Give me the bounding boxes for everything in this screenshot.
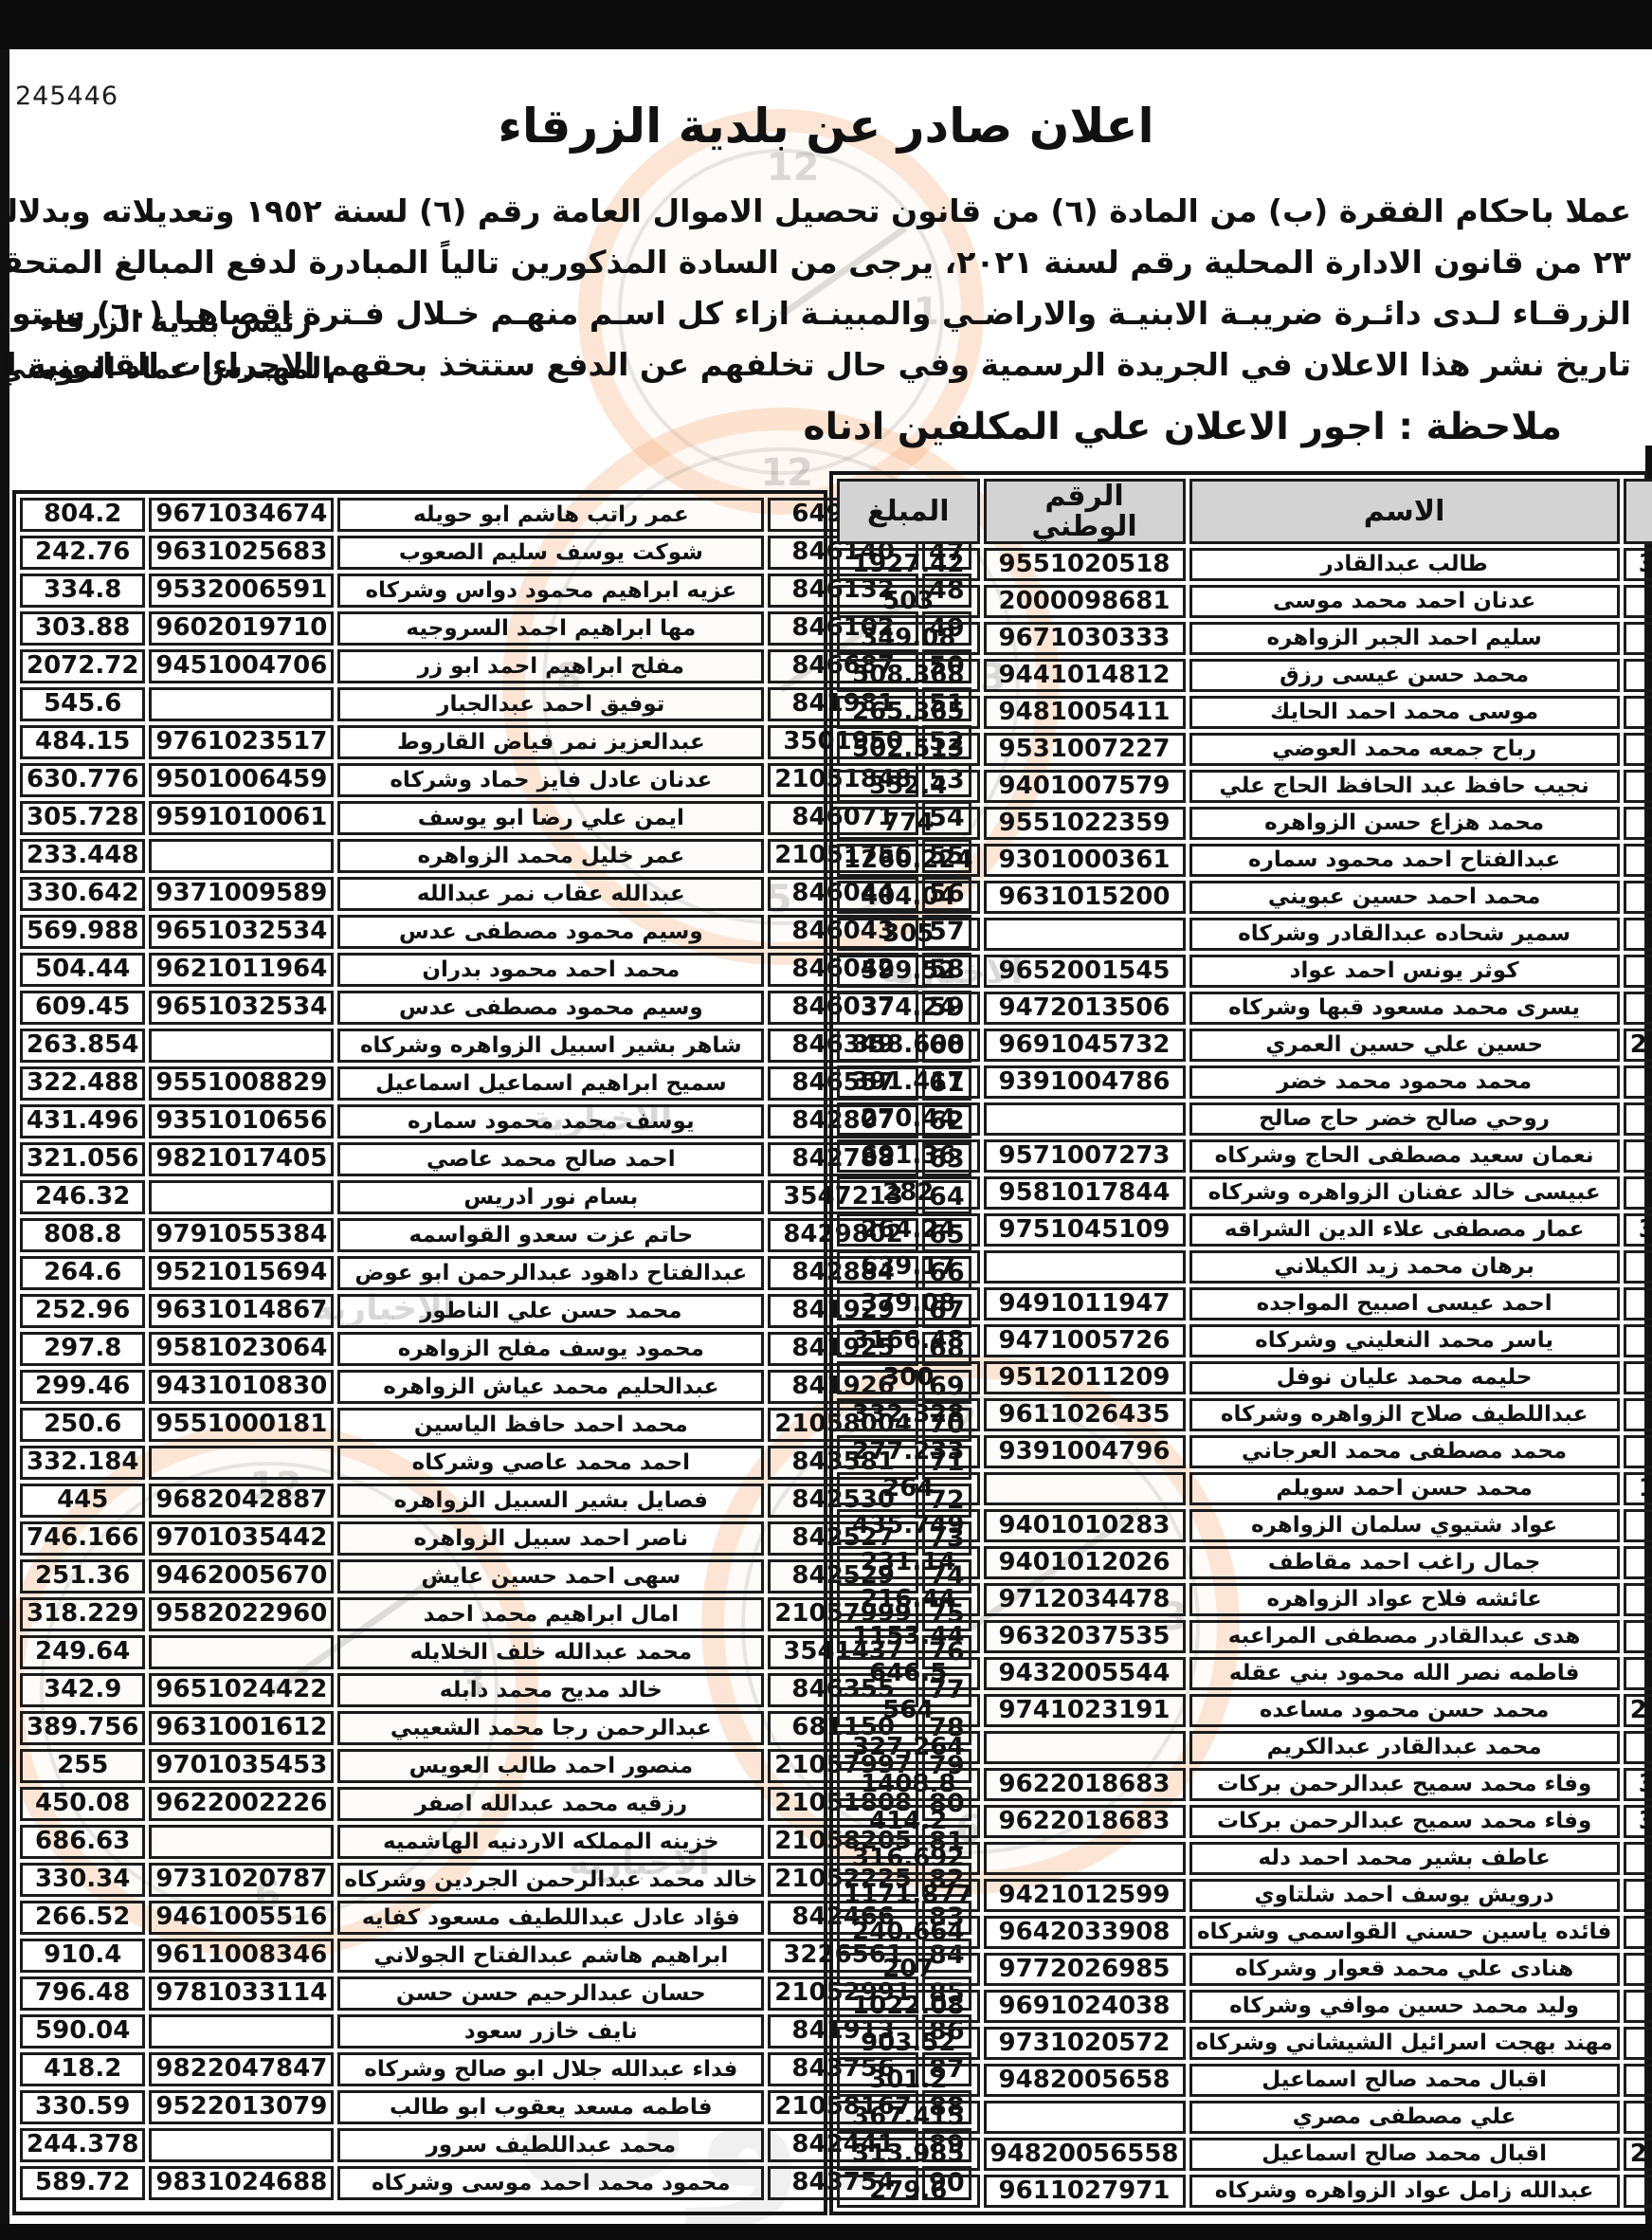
taxpayer-name-cell: اقبال محمد صالح اسماعيل (1189, 2064, 1620, 2097)
national-id-cell: 9682042887 (149, 1484, 334, 1518)
fees-note: ملاحظة : اجور الاعلان علي المكلفين ادناه (804, 406, 1562, 448)
property-number-cell: 842457 (1624, 659, 1652, 692)
amount-cell: 686.63 (20, 1825, 145, 1859)
amount-cell: 1171.877 (837, 1879, 980, 1912)
taxpayer-name-cell: ياسر محمد النعليني وشركاه (1189, 1324, 1620, 1357)
amount-cell: 508.368 (837, 659, 980, 692)
amount-cell: 445 (20, 1484, 145, 1518)
amount-cell: 639.17 (837, 1250, 980, 1284)
taxpayer-name-cell: هنادى علي محمد قعوار وشركاه (1189, 1953, 1620, 1986)
national-id-cell: 9481005411 (984, 696, 1186, 729)
table-row: 16 842745 روحي صالح خضر حاج صالح 270.44 (837, 1102, 1652, 1136)
amount-cell: 414.2 (837, 1805, 980, 1838)
amount-cell: 297.8 (20, 1332, 145, 1366)
signature-name: المهندس عماد المومني (19, 346, 332, 392)
national-id-cell: 9701035442 (149, 1521, 334, 1556)
taxpayer-name-cell: احمد محمد عاصي وشركاه (337, 1446, 764, 1480)
taxpayer-name-cell: عبدالله زامل عواد الزواهره وشركاه (1189, 2175, 1620, 2208)
table-row: 13 842490 يسرى محمد مسعود قبها وشركاه 94… (837, 992, 1652, 1025)
national-id-cell: 9301000361 (984, 844, 1186, 877)
announcement-title: اعلان صادر عن بلدية الزرقاء (0, 99, 1652, 154)
amount-cell: 270.44 (837, 1102, 980, 1136)
amount-cell: 279.6 (837, 2175, 980, 2208)
taxpayer-name-cell: محمد حسن محمود مساعده (1189, 1694, 1620, 1727)
taxpayer-name-cell: رزقيه محمد عبدالله اصفر (337, 1787, 764, 1821)
taxpayer-name-cell: مها ابراهيم احمد السروجيه (337, 611, 764, 646)
property-number-cell: 845822 (1624, 1842, 1652, 1875)
national-id-cell: 9651024422 (149, 1673, 334, 1707)
national-id-cell: 9622018683 (984, 1805, 1186, 1838)
table-row: 43 837549 علي مصطفى مصري 367.415 (837, 2101, 1652, 2134)
national-id-cell: 9461005516 (149, 1901, 334, 1935)
national-id-cell: 9581017844 (984, 1176, 1186, 1210)
national-id-cell: 9591010061 (149, 801, 334, 835)
table-row: 27 841757 عواد شتيوي سلمان الزواهره 9401… (837, 1509, 1652, 1542)
taxpayer-name-cell: عدنان عادل فايز حماد وشركاه (337, 763, 764, 797)
amount-cell: 418.2 (20, 2052, 145, 2086)
property-number-cell: 843535 (1624, 1287, 1652, 1320)
property-number-cell: 1035263 (1624, 1472, 1652, 1505)
amount-cell: 300 (837, 1361, 980, 1394)
amount-cell: 249.64 (20, 1635, 145, 1669)
property-number-cell: 843423 (1624, 844, 1652, 877)
amount-cell: 216.44 (837, 1583, 980, 1616)
taxpayer-name-cell: عواد شتيوي سلمان الزواهره (1189, 1509, 1620, 1542)
taxpayer-name-cell: ايمن علي رضا ابو يوسف (337, 801, 764, 835)
national-id-cell: 9551000181 (149, 1408, 334, 1442)
amount-cell: 252.96 (20, 1294, 145, 1328)
amount-cell: 450.08 (20, 1787, 145, 1821)
amount-cell: 251.36 (20, 1559, 145, 1593)
taxpayer-name-cell: سليم احمد الجبر الزواهره (1189, 622, 1620, 655)
taxpayer-name-cell: بسام نور ادريس (337, 1180, 764, 1214)
table-row: 26 1035263 محمد حسن احمد سويلم 264 (837, 1472, 1652, 1505)
national-id-cell: 9471005726 (984, 1324, 1186, 1357)
taxpayer-name-cell: نايف خازر سعود (337, 2014, 764, 2049)
taxpayer-name-cell: ناصر احمد سبيل الزواهره (337, 1521, 764, 1556)
table-row: 21 843535 احمد عيسى اصبيح المواجده 94910… (837, 1287, 1652, 1320)
table-row: 28 845603 جمال راغب احمد مقاطف 940101202… (837, 1546, 1652, 1579)
taxpayer-name-cell: وسيم محمود مصطفى عدس (337, 915, 764, 949)
table-row: 38 840300 فائده ياسين حسني القواسمي وشرك… (837, 1916, 1652, 1949)
property-number-cell: 841744 (1624, 1435, 1652, 1468)
taxpayer-name-cell: عبدالفتاح داهود عبدالرحمن ابو عوض (337, 1256, 764, 1290)
amount-cell: 264.6 (20, 1256, 145, 1290)
taxpayer-name-cell: علي مصطفى مصري (1189, 2101, 1620, 2134)
amount-cell: 282 (837, 1176, 980, 1210)
property-number-cell: 969457 (1624, 2175, 1652, 2208)
taxpayer-name-cell: خالد مديح محمد دابله (337, 1673, 764, 1707)
amount-cell: 367.415 (837, 2101, 980, 2134)
amount-cell: 389.756 (20, 1711, 145, 1745)
property-number-cell: 3044910 (1624, 1805, 1652, 1838)
amount-cell: 1153.44 (837, 1620, 980, 1653)
amount-cell: 3166.48 (837, 1324, 980, 1357)
taxpayer-name-cell: شوكت يوسف سليم الصعوب (337, 536, 764, 570)
taxpayer-name-cell: فصايل بشير السبيل الزواهره (337, 1484, 764, 1518)
amount-cell: 250.6 (20, 1408, 145, 1442)
property-number-cell: 842337 (1624, 733, 1652, 766)
amount-cell: 910.4 (20, 1939, 145, 1973)
taxpayer-name-cell: امال ابراهيم محمد احمد (337, 1597, 764, 1631)
national-id-cell: 9602019710 (149, 611, 334, 646)
table-row: 37 838528 درويش يوسف احمد شلتاوي 9421012… (837, 1879, 1652, 1912)
taxpayer-name-cell: محمد عبدالقادر عبدالكريم (1189, 1731, 1620, 1764)
national-id-cell: 9351010656 (149, 1104, 334, 1138)
amount-cell: 231.14 (837, 1546, 980, 1579)
national-id-cell: 9622018683 (984, 1768, 1186, 1801)
taxpayer-name-cell: عمار مصطفى علاء الدين الشراقه (1189, 1213, 1620, 1247)
taxpayer-name-cell: محمود محمد احمد موسى وشركاه (337, 2166, 764, 2200)
national-id-cell: 9611027971 (984, 2175, 1186, 2208)
national-id-cell (149, 2014, 334, 2049)
taxpayer-name-cell: ابراهيم هاشم عبدالفتاح الجولاني (337, 1939, 764, 1973)
property-number-column-header: رقم العقار (1624, 479, 1652, 544)
amount-cell: 431.496 (20, 1104, 145, 1138)
table-row: 34 3044941 وفاء محمد سميح عبدالرحمن بركا… (837, 1768, 1652, 1801)
taxpayer-name-cell: محمد عبداللطيف سرور (337, 2128, 764, 2162)
amount-cell: 327.264 (837, 1731, 980, 1764)
amount-cell: 342.9 (20, 1673, 145, 1707)
taxpayer-name-cell: توفيق احمد عبدالجبار (337, 687, 764, 721)
amount-cell: 303.88 (20, 611, 145, 646)
signature-block: رئيس بلدية الزرقاء المهندس عماد المومني (19, 300, 332, 392)
taxpayer-name-cell: وفاء محمد سميح عبدالرحمن بركات (1189, 1805, 1620, 1838)
taxpayer-name-cell: وفاء محمد سميح عبدالرحمن بركات (1189, 1768, 1620, 1801)
amount-cell: 404.04 (837, 881, 980, 914)
amount-cell: 277.233 (837, 1435, 980, 1468)
amount-cell: 804.2 (20, 498, 145, 532)
national-id-cell: 9451004706 (149, 649, 334, 683)
property-number-cell: 842715 (1624, 1990, 1652, 2023)
taxpayer-name-cell: برهان محمد زيد الكيلاني (1189, 1250, 1620, 1284)
amount-cell: 564 (837, 1694, 980, 1727)
taxpayer-name-cell: عبيسى خالد عفنان الزواهره وشركاه (1189, 1176, 1620, 1210)
table-row: 31 843746 فاطمه نصر الله محمود بني عقله … (837, 1657, 1652, 1690)
taxpayer-name-cell: عبدالله عقاب نمر عبدالله (337, 877, 764, 911)
taxpayer-name-cell: فداء عبدالله جلال ابو صالح وشركاه (337, 2052, 764, 2086)
taxpayer-name-cell: عبدالفتاح احمد محمود سماره (1189, 844, 1620, 877)
taxpayer-name-cell: محمد حسن احمد سويلم (1189, 1472, 1620, 1505)
property-number-cell: 845351 (1624, 1731, 1652, 1764)
national-id-cell: 9691024038 (984, 1990, 1186, 2023)
taxpayer-name-cell: عاطف بشير محمد احمد دله (1189, 1842, 1620, 1875)
national-id-cell: 9652001545 (984, 955, 1186, 988)
table-row: 3 845161 سليم احمد الجبر الزواهره 967103… (837, 622, 1652, 655)
table-row: 14 21057961 حسين علي حسين العمري 9691045… (837, 1029, 1652, 1062)
taxpayer-name-cell: منصور احمد طالب العويس (337, 1749, 764, 1783)
taxpayer-name-cell: عبدالحليم محمد عياش الزواهره (337, 1370, 764, 1404)
national-id-cell (149, 1180, 334, 1214)
national-id-cell: 9821017405 (149, 1142, 334, 1176)
taxpayer-name-cell: حليمه محمد عليان نوفل (1189, 1361, 1620, 1394)
taxpayer-name-cell: حسان عبدالرحيم حسن حسن (337, 1976, 764, 2011)
national-id-cell: 9521015694 (149, 1256, 334, 1290)
amount-cell: 569.988 (20, 915, 145, 949)
amount-cell: 1927.42 (837, 548, 980, 581)
national-id-cell (984, 1472, 1186, 1505)
table-row: 41 842719 مهند بهجت اسرائيل الشيشاني وشر… (837, 2027, 1652, 2060)
national-id-column-header: الرقم الوطني (984, 479, 1186, 544)
amount-cell: 318.229 (20, 1597, 145, 1631)
property-number-cell: 838528 (1624, 1879, 1652, 1912)
taxpayer-name-cell: محمد احمد حسين عبويني (1189, 881, 1620, 914)
amount-cell: 691.36 (837, 1139, 980, 1173)
property-number-cell: 21058163 (1624, 2138, 1652, 2171)
amount-cell: 349.08 (837, 622, 980, 655)
national-id-cell: 9482005658 (984, 2064, 1186, 2097)
taxpayer-name-cell: درويش يوسف احمد شلتاوي (1189, 1879, 1620, 1912)
property-number-cell: 3705015 (1624, 1213, 1652, 1247)
taxpayer-name-cell: نعمان سعيد مصطفى الحاج وشركاه (1189, 1139, 1620, 1173)
table-row: 22 649636 ياسر محمد النعليني وشركاه 9471… (837, 1324, 1652, 1357)
property-number-cell: 842564 (1624, 585, 1652, 618)
amount-cell: 903.52 (837, 2027, 980, 2060)
national-id-cell (984, 2101, 1186, 2134)
amount-cell: 746.166 (20, 1521, 145, 1556)
taxpayer-name-cell: كوثر يونس احمد عواد (1189, 955, 1620, 988)
table-row: 2 842564 عدنان احمد محمد موسى 2000098681… (837, 585, 1652, 618)
property-number-cell: 843444 (1624, 770, 1652, 803)
amount-cell: 263.854 (20, 1029, 145, 1063)
national-id-cell (984, 1842, 1186, 1875)
national-id-cell: 9432005544 (984, 1657, 1186, 1690)
national-id-cell (149, 1825, 334, 1859)
amount-cell: 207 (837, 1953, 980, 1986)
taxpayer-name-cell: فائده ياسين حسني القواسمي وشركاه (1189, 1916, 1620, 1949)
amount-cell: 316.692 (837, 1842, 980, 1875)
taxpayer-name-cell: حاتم عزت سعدو القواسمه (337, 1218, 764, 1252)
property-number-cell: 842507 (1624, 1065, 1652, 1099)
national-id-cell: 9701035453 (149, 1749, 334, 1783)
property-number-cell: 845161 (1624, 622, 1652, 655)
amount-cell: 301.2 (837, 2064, 980, 2097)
amount-cell: 391.417 (837, 1065, 980, 1099)
amount-cell: 545.6 (20, 687, 145, 721)
table-row: 20 837414 برهان محمد زيد الكيلاني 639.17 (837, 1250, 1652, 1284)
amount-cell: 255 (20, 1749, 145, 1783)
property-number-cell: 3044941 (1624, 1768, 1652, 1801)
amount-cell: 1260.224 (837, 844, 980, 877)
amount-cell: 1408.8 (837, 1768, 980, 1801)
property-number-cell: 843506 (1624, 1176, 1652, 1210)
taxpayer-name-cell: اقبال محمد صالح اسماعيل (1189, 2138, 1620, 2171)
national-id-cell (149, 1635, 334, 1669)
taxpayer-name-cell: رباح جمعه محمد العوضي (1189, 733, 1620, 766)
national-id-cell: 9781033114 (149, 1976, 334, 2011)
national-id-cell: 9751045109 (984, 1213, 1186, 1247)
property-number-cell: 649635 (1624, 1361, 1652, 1394)
national-id-cell (984, 1731, 1186, 1764)
taxpayer-name-cell: طالب عبدالقادر (1189, 548, 1620, 581)
taxpayer-name-cell: محمد حسن عيسى رزق (1189, 659, 1620, 692)
table-header-row: رقم العقار الاسم الرقم الوطني المبلغ (837, 479, 1652, 544)
national-id-cell: 9582022960 (149, 1597, 334, 1631)
national-id-cell: 9401012026 (984, 1546, 1186, 1579)
property-number-cell: 842745 (1624, 1102, 1652, 1136)
amount-cell: 599.52 (837, 955, 980, 988)
amount-cell: 313.985 (837, 2138, 980, 2171)
amount-cell: 330.59 (20, 2090, 145, 2124)
taxpayer-name-cell: عمر راتب هاشم ابو حويله (337, 498, 764, 532)
amount-cell: 504.44 (20, 953, 145, 987)
national-id-cell: 9631015200 (984, 881, 1186, 914)
scan-top-bar (0, 0, 1652, 49)
property-number-cell: 839822 (1624, 696, 1652, 729)
taxpayer-name-cell: عبداللطيف صلاح الزواهره وشركاه (1189, 1398, 1620, 1431)
national-id-cell: 9371009589 (149, 877, 334, 911)
taxpayer-name-cell: محمد محمود محمد خضر (1189, 1065, 1620, 1099)
national-id-cell (984, 1102, 1186, 1136)
amount-cell: 330.34 (20, 1863, 145, 1897)
amount-cell: 321.056 (20, 1142, 145, 1176)
taxpayer-name-cell: يسرى محمد مسعود قبها وشركاه (1189, 992, 1620, 1025)
property-number-cell: 842497 (1624, 1139, 1652, 1173)
national-id-cell: 9551008829 (149, 1066, 334, 1101)
national-id-cell (149, 2128, 334, 2162)
amount-cell: 242.76 (20, 536, 145, 570)
amount-cell: 299.46 (20, 1370, 145, 1404)
national-id-cell: 9441014812 (984, 659, 1186, 692)
national-id-cell: 9472013506 (984, 992, 1186, 1025)
taxpayer-name-cell: محمد عبدالله خلف الخلايله (337, 1635, 764, 1669)
amount-cell: 774 (837, 807, 980, 840)
table-row: 42 970356 اقبال محمد صالح اسماعيل 948200… (837, 2064, 1652, 2097)
national-id-cell: 9831024688 (149, 2166, 334, 2200)
amount-cell: 590.04 (20, 2014, 145, 2049)
body-line: عملا باحكام الفقرة (ب) من المادة (٦) من … (21, 186, 1631, 237)
property-number-cell: 837549 (1624, 2101, 1652, 2134)
national-id-cell: 9401007579 (984, 770, 1186, 803)
table-row: 29 845602 عائشه فلاح عواد الزواهره 97120… (837, 1583, 1652, 1616)
property-number-cell: 845601 (1624, 1620, 1652, 1653)
national-id-cell (984, 1250, 1186, 1284)
amount-cell: 264 (837, 1472, 980, 1505)
taxpayer-name-cell: حسين علي حسين العمري (1189, 1029, 1620, 1062)
taxpayer-name-cell: مفلح ابراهيم احمد ابو زر (337, 649, 764, 683)
taxpayer-name-cell: روحي صالح خضر حاج صالح (1189, 1102, 1620, 1136)
property-number-cell: 842322 (1624, 918, 1652, 951)
taxpayer-name-cell: سميح ابراهيم اسماعيل اسماعيل (337, 1066, 764, 1101)
left-table-wrap: 46 649692 عمر راتب هاشم ابو حويله 967103… (12, 490, 827, 2215)
right-table-wrap: رقم العقار الاسم الرقم الوطني المبلغ 1 3… (829, 471, 1648, 2215)
amount-cell: 240.664 (837, 1916, 980, 1949)
national-id-cell: 9571007273 (984, 1139, 1186, 1173)
body-line: تاريخ نشر هذا الاعلان في الجريدة الرسمية… (206, 339, 1631, 391)
national-id-cell: 9631001612 (149, 1711, 334, 1745)
table-row: 19 3705015 عمار مصطفى علاء الدين الشراقه… (837, 1213, 1652, 1247)
national-id-cell: 2000098681 (984, 585, 1186, 618)
taxpayer-name-cell: محمد هزاع حسن الزواهره (1189, 807, 1620, 840)
taxpayer-name-cell: عزيه ابراهيم محمود دواس وشركاه (337, 574, 764, 608)
national-id-cell: 9531007227 (984, 733, 1186, 766)
amount-cell: 2072.72 (20, 649, 145, 683)
taxpayer-name-cell: محمد مصطفى محمد العرجاني (1189, 1435, 1620, 1468)
national-id-cell: 9651032534 (149, 915, 334, 949)
table-row: 23 649635 حليمه محمد عليان نوفل 95120112… (837, 1361, 1652, 1394)
national-id-cell (149, 839, 334, 873)
taxpayer-name-cell: وليد محمد حسين موافي وشركاه (1189, 1990, 1620, 2023)
property-number-cell: 21054355 (1624, 1694, 1652, 1727)
national-id-cell: 9631025683 (149, 536, 334, 570)
table-row: 6 842337 رباح جمعه محمد العوضي 953100722… (837, 733, 1652, 766)
national-id-cell: 9772026985 (984, 1953, 1186, 1986)
national-id-cell: 9551020518 (984, 548, 1186, 581)
national-id-cell: 9671030333 (984, 622, 1186, 655)
amount-cell: 265.365 (837, 696, 980, 729)
property-number-cell: 841757 (1624, 1509, 1652, 1542)
amount-cell: 502.513 (837, 733, 980, 766)
property-number-cell: 842719 (1624, 2027, 1652, 2060)
table-row: 15 842507 محمد محمود محمد خضر 9391004786… (837, 1065, 1652, 1099)
amount-cell: 1022.08 (837, 1990, 980, 2023)
property-number-cell: 649636 (1624, 1324, 1652, 1357)
national-id-cell: 9741023191 (984, 1694, 1186, 1727)
taxpayer-name-cell: محمد احمد محمود بدران (337, 953, 764, 987)
taxpayer-name-cell: يوسف محمد محمود سماره (337, 1104, 764, 1138)
national-id-cell: 9642033908 (984, 1916, 1186, 1949)
national-id-cell (149, 1446, 334, 1480)
taxpayer-name-cell: مهند بهجت اسرائيل الشيشاني وشركاه (1189, 2027, 1620, 2060)
table-row: 1 3227509 طالب عبدالقادر 9551020518 1927… (837, 548, 1652, 581)
table-row: 7 843444 نجيب حافظ عبد الحافظ الحاج علي … (837, 770, 1652, 803)
taxpayer-name-cell: سمير شحاده عبدالقادر وشركاه (1189, 918, 1620, 951)
amount-cell: 305 (837, 918, 980, 951)
table-row: 8 843735 محمد هزاع حسن الزواهره 95510223… (837, 807, 1652, 840)
amount-cell: 332.184 (20, 1446, 145, 1480)
table-row: 35 3044910 وفاء محمد سميح عبدالرحمن بركا… (837, 1805, 1652, 1838)
property-number-cell: 843735 (1624, 807, 1652, 840)
table-row: 11 842322 سمير شحاده عبدالقادر وشركاه 30… (837, 918, 1652, 951)
amount-cell: 322.488 (20, 1066, 145, 1101)
amount-column-header: المبلغ (837, 479, 980, 544)
national-id-cell: 9532006591 (149, 574, 334, 608)
national-id-cell: 9512011209 (984, 1361, 1186, 1394)
taxpayer-name-cell: خزينه المملكه الاردنيه الهاشميه (337, 1825, 764, 1859)
property-number-cell: 842490 (1624, 992, 1652, 1025)
property-number-cell: 21057961 (1624, 1029, 1652, 1062)
property-number-cell: 842343 (1624, 881, 1652, 914)
table-row: 36 845822 عاطف بشير محمد احمد دله 316.69… (837, 1842, 1652, 1875)
table-row: 18 843506 عبيسى خالد عفنان الزواهره وشرك… (837, 1176, 1652, 1210)
body-line: ٢٣ من قانون الادارة المحلية رقم لسنة ٢٠٢… (21, 237, 1631, 288)
taxpayer-name-cell: هدى عبدالقادر مصطفى المراعبه (1189, 1620, 1620, 1653)
table-row: 33 845351 محمد عبدالقادر عبدالكريم 327.2… (837, 1731, 1652, 1764)
national-id-cell (149, 1029, 334, 1063)
national-id-cell: 9632037535 (984, 1620, 1186, 1653)
amount-cell: 503 (837, 585, 980, 618)
table-row: 9 843423 عبدالفتاح احمد محمود سماره 9301… (837, 844, 1652, 877)
taxpayer-name-cell: عبدالعزيز نمر فياض القاروط (337, 725, 764, 759)
taxpayer-name-cell: محمد حسن علي الناطور (337, 1294, 764, 1328)
national-id-cell: 9551022359 (984, 807, 1186, 840)
amount-cell: 305.728 (20, 801, 145, 835)
national-id-cell: 9421012599 (984, 1879, 1186, 1912)
amount-cell: 484.15 (20, 725, 145, 759)
table-row: 12 710789 كوثر يونس احمد عواد 9652001545… (837, 955, 1652, 988)
taxpayer-name-cell: عدنان احمد محمد موسى (1189, 585, 1620, 618)
property-number-cell: 710789 (1624, 955, 1652, 988)
property-number-cell: 3227509 (1624, 548, 1652, 581)
national-id-cell: 9431010830 (149, 1370, 334, 1404)
table-row: 32 21054355 محمد حسن محمود مساعده 974102… (837, 1694, 1652, 1727)
amount-cell: 435.749 (837, 1509, 980, 1542)
national-id-cell: 9491011947 (984, 1287, 1186, 1320)
table-row: 44 21058163 اقبال محمد صالح اسماعيل 9482… (837, 2138, 1652, 2171)
national-id-cell: 9691045732 (984, 1029, 1186, 1062)
taxpayer-name-cell: جمال راغب احمد مقاطف (1189, 1546, 1620, 1579)
property-number-cell: 845602 (1624, 1583, 1652, 1616)
